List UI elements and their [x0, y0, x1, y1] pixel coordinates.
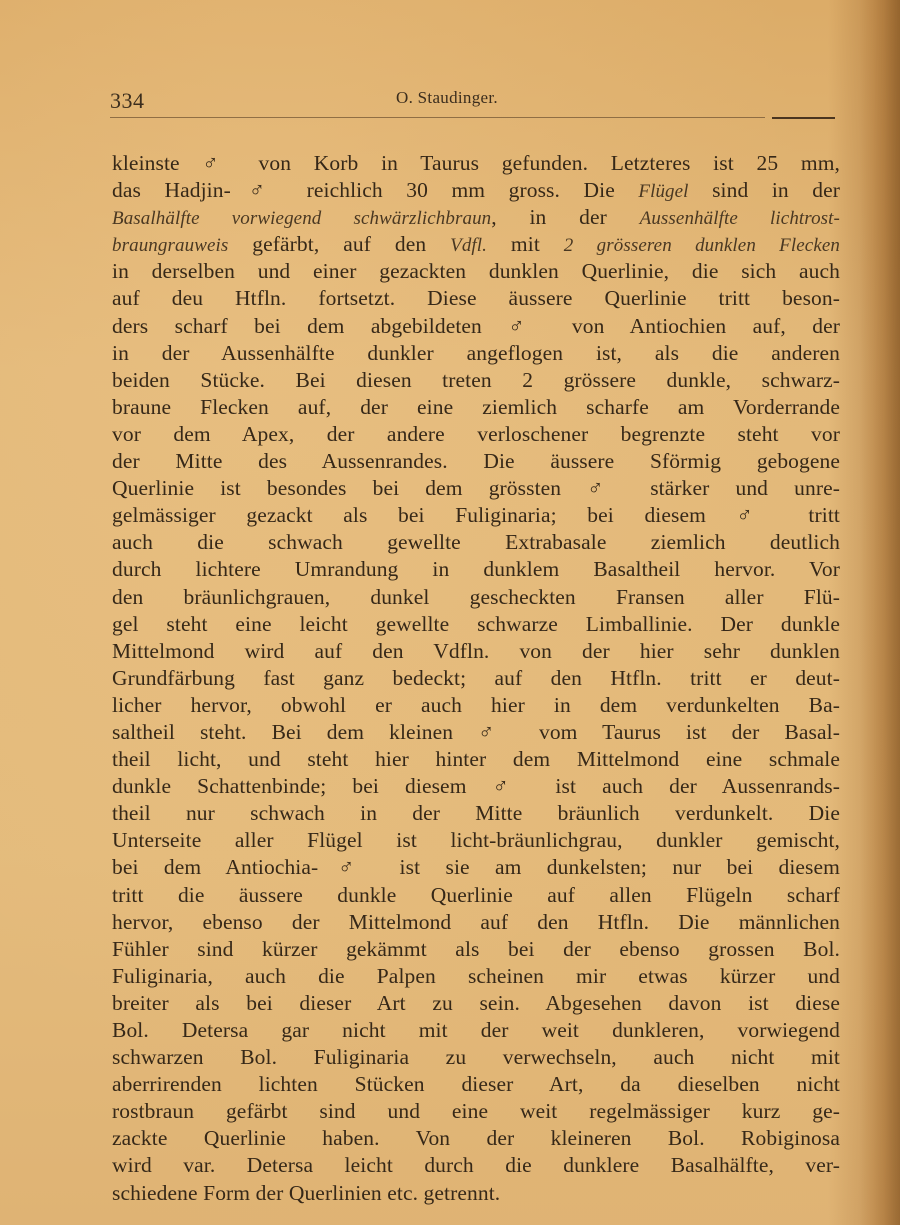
- text-line: Querlinie ist besondes bei dem grössten …: [112, 475, 840, 502]
- text-line: beiden Stücke. Bei diesen treten 2 gröss…: [112, 367, 840, 394]
- text-line: tritt die äussere dunkle Querlinie auf a…: [112, 882, 840, 909]
- text-line: Unterseite aller Flügel ist licht-bräunl…: [112, 827, 840, 854]
- page-header: 334 O. Staudinger.: [110, 82, 838, 122]
- text-line: schiedene Form der Querlinien etc. getre…: [112, 1180, 840, 1207]
- text-line: Grundfärbung fast ganz bedeckt; auf den …: [112, 665, 840, 692]
- text-line: den bräunlichgrauen, dunkel gescheckten …: [112, 584, 840, 611]
- text-line: theil nur schwach in der Mitte bräunlich…: [112, 800, 840, 827]
- text-line: in derselben und einer gezackten dunklen…: [112, 258, 840, 285]
- running-head-author: O. Staudinger.: [396, 88, 498, 108]
- text-line: Basalhälfte vorwiegend schwärzlichbraun,…: [112, 204, 840, 231]
- text-line: vor dem Apex, der andere verloschener be…: [112, 421, 840, 448]
- text-line: wird var. Detersa leicht durch die dunkl…: [112, 1152, 840, 1179]
- text-line: Fühler sind kürzer gekämmt als bei der e…: [112, 936, 840, 963]
- text-line: das Hadjin-♂ reichlich 30 mm gross. Die …: [112, 177, 840, 204]
- text-line: gelmässiger gezackt als bei Fuliginaria;…: [112, 502, 840, 529]
- text-line: braungrauweis gefärbt, auf den Vdfl. mit…: [112, 231, 840, 258]
- text-line: saltheil steht. Bei dem kleinen ♂ vom Ta…: [112, 719, 840, 746]
- text-line: durch lichtere Umrandung in dunklem Basa…: [112, 556, 840, 583]
- text-line: theil licht, und steht hier hinter dem M…: [112, 746, 840, 773]
- text-line: Bol. Detersa gar nicht mit der weit dunk…: [112, 1017, 840, 1044]
- italic-term: braungrauweis: [112, 235, 228, 256]
- text-line: schwarzen Bol. Fuliginaria zu verwechsel…: [112, 1044, 840, 1071]
- text-line: bei dem Antiochia-♂ ist sie am dunkelste…: [112, 854, 840, 881]
- text-line: Fuliginaria, auch die Palpen scheinen mi…: [112, 963, 840, 990]
- text-line: der Mitte des Aussenrandes. Die äussere …: [112, 448, 840, 475]
- italic-term: Flügel: [638, 181, 688, 202]
- italic-term: Vdfl.: [450, 235, 487, 256]
- text-line: zackte Querlinie haben. Von der kleinere…: [112, 1125, 840, 1152]
- text-line: aberrirenden lichten Stücken dieser Art,…: [112, 1071, 840, 1098]
- body-text: kleinste ♂ von Korb in Taurus gefunden. …: [112, 150, 840, 1207]
- text-line: breiter als bei dieser Art zu sein. Abge…: [112, 990, 840, 1017]
- text-line: gel steht eine leicht gewellte schwarze …: [112, 611, 840, 638]
- text-line: hervor, ebenso der Mittelmond auf den Ht…: [112, 909, 840, 936]
- text-line: Mittelmond wird auf den Vdfln. von der h…: [112, 638, 840, 665]
- text-line: dunkle Schattenbinde; bei diesem ♂ ist a…: [112, 773, 840, 800]
- text-line: auf deu Htfln. fortsetzt. Diese äussere …: [112, 285, 840, 312]
- page-number: 334: [110, 88, 145, 114]
- text-line: braune Flecken auf, der eine ziemlich sc…: [112, 394, 840, 421]
- header-rule: [110, 117, 765, 118]
- binding-shadow: [860, 0, 900, 1225]
- text-line: in der Aussenhälfte dunkler angeflogen i…: [112, 340, 840, 367]
- text-line: licher hervor, obwohl er auch hier in de…: [112, 692, 840, 719]
- italic-term: 2 grösseren dunklen Flecken: [564, 235, 840, 256]
- header-rule-accent: [772, 117, 835, 119]
- text-line: ders scharf bei dem abgebildeten ♂ von A…: [112, 313, 840, 340]
- text-line: auch die schwach gewellte Extrabasale zi…: [112, 529, 840, 556]
- text-line: rostbraun gefärbt sind und eine weit reg…: [112, 1098, 840, 1125]
- italic-term: Aussenhälfte lichtrost-: [640, 208, 840, 229]
- text-line: kleinste ♂ von Korb in Taurus gefunden. …: [112, 150, 840, 177]
- italic-term: Basalhälfte vorwiegend schwärzlichbraun: [112, 208, 491, 229]
